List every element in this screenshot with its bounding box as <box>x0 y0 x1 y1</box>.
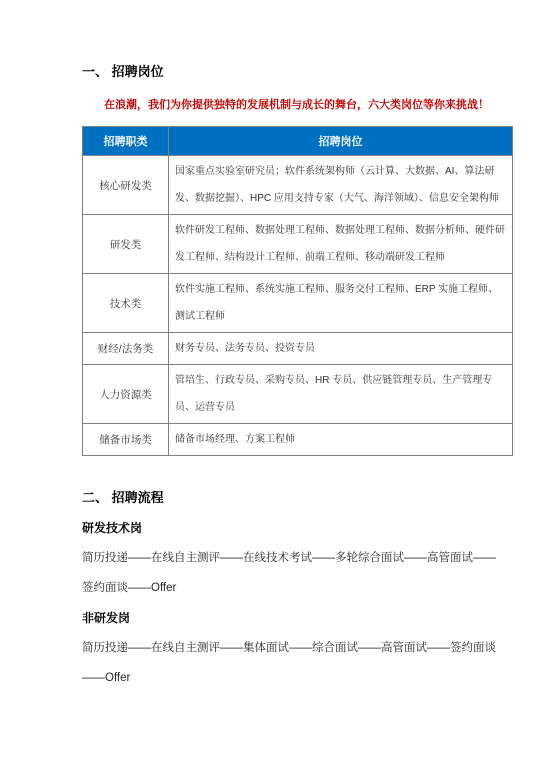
flow-line: ——Offer <box>82 670 514 686</box>
positions-cell: 财务专员、法务专员、投资专员 <box>169 333 513 365</box>
flow-line: 简历投递——在线自主测评——在线技术考试——多轮综合面试——高管面试—— <box>82 550 514 566</box>
positions-cell: 储备市场经理、方案工程师 <box>169 424 513 456</box>
table-row: 技术类 软件实施工程师、系统实施工程师、服务交付工程师、ERP 实施工程师、测试… <box>83 274 513 333</box>
positions-cell: 软件实施工程师、系统实施工程师、服务交付工程师、ERP 实施工程师、测试工程师 <box>169 274 513 333</box>
table-row: 核心研发类 国家重点实验室研究员；软件系统架构师（云计算、大数据、AI、算法研发… <box>83 156 513 215</box>
table-header-row: 招聘职类 招聘岗位 <box>83 127 513 156</box>
table-row: 研发类 软件研发工程师、数据处理工程师、数据处理工程师、数据分析师、硬件研发工程… <box>83 215 513 274</box>
document-page: { "colors": { "header_bg": "#0070C0", "s… <box>0 0 554 783</box>
category-cell: 核心研发类 <box>83 156 169 215</box>
flow-line: 简历投递——在线自主测评——集体面试——综合面试——高管面试——签约面谈 <box>82 640 514 656</box>
section1-subtitle: 在浪潮，我们为你提供独特的发展机制与成长的舞台，六大类岗位等你来挑战！ <box>104 98 514 113</box>
track-title-non-rnd: 非研发岗 <box>82 610 514 626</box>
header-cell-positions: 招聘岗位 <box>169 127 513 156</box>
positions-table: 招聘职类 招聘岗位 核心研发类 国家重点实验室研究员；软件系统架构师（云计算、大… <box>82 126 513 456</box>
section2-heading: 二、 招聘流程 <box>82 490 514 506</box>
track-title-rnd-tech: 研发技术岗 <box>82 520 514 536</box>
category-cell: 技术类 <box>83 274 169 333</box>
table-row: 财经/法务类 财务专员、法务专员、投资专员 <box>83 333 513 365</box>
category-cell: 人力资源类 <box>83 365 169 424</box>
table-row: 人力资源类 管培生、行政专员、采购专员、HR 专员、供应链管理专员、生产管理专员… <box>83 365 513 424</box>
positions-cell: 管培生、行政专员、采购专员、HR 专员、供应链管理专员、生产管理专员、运营专员 <box>169 365 513 424</box>
flow-line: 签约面谈——Offer <box>82 580 514 596</box>
category-cell: 研发类 <box>83 215 169 274</box>
section1-heading: 一、 招聘岗位 <box>82 64 514 80</box>
positions-cell: 国家重点实验室研究员；软件系统架构师（云计算、大数据、AI、算法研发、数据挖掘）… <box>169 156 513 215</box>
category-cell: 财经/法务类 <box>83 333 169 365</box>
table-row: 储备市场类 储备市场经理、方案工程师 <box>83 424 513 456</box>
page-content: 一、 招聘岗位 在浪潮，我们为你提供独特的发展机制与成长的舞台，六大类岗位等你来… <box>0 0 554 686</box>
category-cell: 储备市场类 <box>83 424 169 456</box>
positions-cell: 软件研发工程师、数据处理工程师、数据处理工程师、数据分析师、硬件研发工程师、结构… <box>169 215 513 274</box>
header-cell-category: 招聘职类 <box>83 127 169 156</box>
